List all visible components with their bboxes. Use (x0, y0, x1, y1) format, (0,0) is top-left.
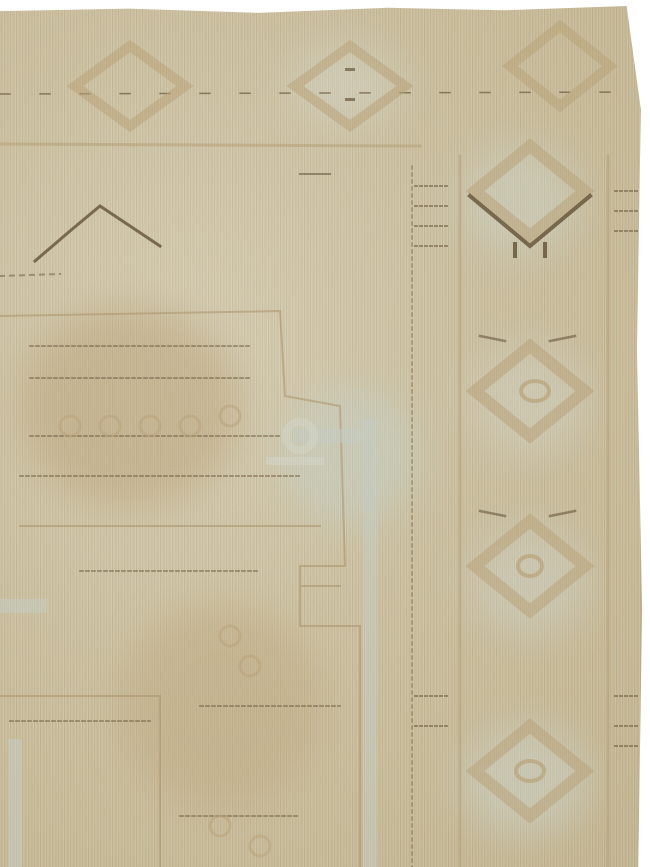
field-medallion-outline (0, 311, 360, 867)
rug-photo (0, 0, 650, 867)
top-border-diamond (75, 26, 610, 126)
field-chevron (35, 206, 160, 261)
field-filler-motifs (10, 346, 340, 816)
rug-surface (0, 6, 646, 867)
rug-pattern (0, 6, 646, 867)
rug-edge (640, 6, 646, 867)
